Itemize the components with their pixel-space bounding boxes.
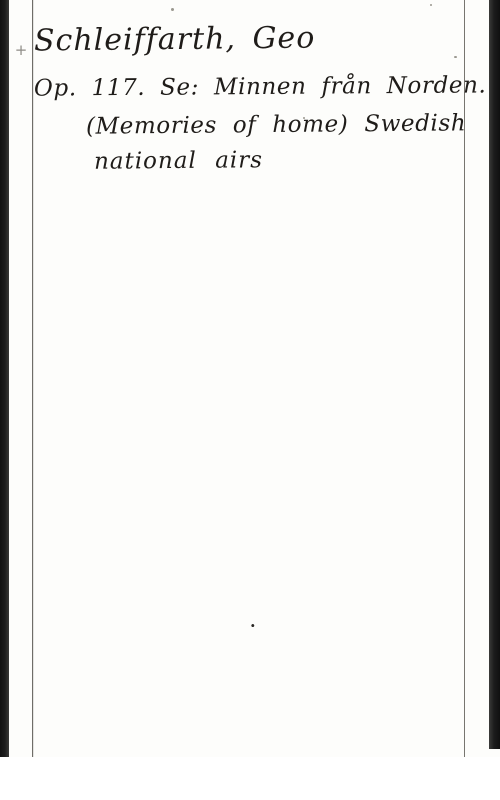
scan-edge-right: [489, 0, 500, 749]
scan-edge-left: [0, 0, 9, 757]
scan-speckle: [303, 117, 305, 119]
scan-speckle: [454, 56, 457, 58]
entry-line-description: national airs: [94, 147, 263, 174]
entry-line-translation: (Memories of home) Swedish: [86, 110, 466, 139]
left-rule-line: [32, 0, 33, 757]
margin-plus-mark: +: [11, 41, 31, 59]
entry-heading-author: Schleiffarth, Geo: [34, 21, 316, 59]
scan-speckle: [171, 8, 174, 11]
scan-speckle: [430, 4, 432, 6]
entry-line-opus-title: Op. 117. Se: Minnen från Norden.: [34, 72, 487, 101]
stray-ink-dot: .: [250, 612, 256, 631]
scanned-card: + Schleiffarth, Geo Op. 117. Se: Minnen …: [0, 0, 500, 757]
blank-area-below-scan: [0, 757, 500, 800]
